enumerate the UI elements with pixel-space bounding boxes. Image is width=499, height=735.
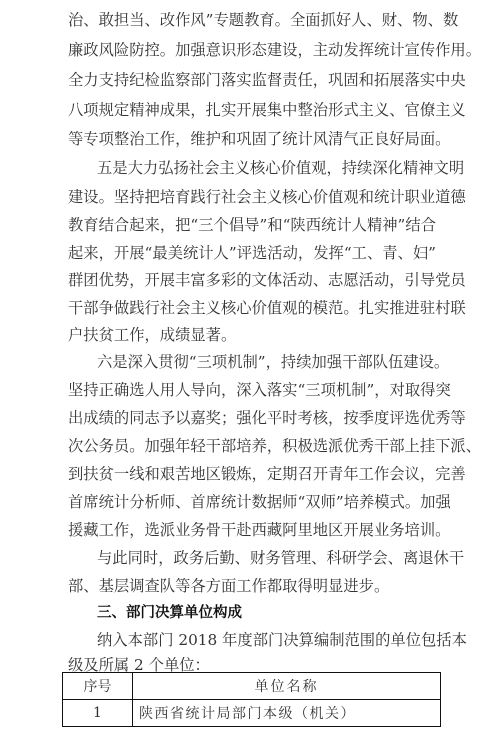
text-line: 出成绩的同志予以嘉奖；强化平时考核，按季度评选优秀等 (68, 408, 436, 428)
text-line: 等专项整治工作，维护和巩固了统计风清气正良好局面。 (68, 129, 436, 149)
header-serial-number: 序号 (63, 673, 133, 700)
cell-unit-name: 陕西省统计局部门本级（机关） (133, 700, 441, 727)
cell-serial-number: 1 (63, 700, 133, 727)
text-line: 教育结合起来，把“三个倡导”和“陕西统计人精神”结合 (68, 215, 436, 235)
header-unit-name: 单位名称 (133, 673, 441, 700)
text-line: 到扶贫一线和艰苦地区锻炼，定期召开青年工作会议，完善 (68, 464, 436, 484)
text-line: 群团优势，开展丰富多彩的文体活动、志愿活动，引导党员 (68, 270, 436, 290)
text-line: 部、基层调查队等各方面工作都取得明显进步。 (68, 576, 436, 596)
paragraph-first-line: 纳入本部门 2018 年度部门决算编制范围的单位包括本 (68, 630, 436, 650)
text-line: 全力支持纪检监察部门落实监督责任，巩固和拓展落实中央 (68, 70, 436, 90)
paragraph-first-line: 六是深入贯彻“三项机制”，持续加强干部队伍建设。 (68, 352, 436, 372)
text-line: 首席统计分析师、首席统计数据师“双师”培养模式。加强 (68, 492, 436, 512)
table-header-row: 序号 单位名称 (63, 673, 441, 700)
text-line: 援藏工作，选派业务骨干赴西藏阿里地区开展业务培训。 (68, 520, 436, 540)
text-line: 建设。坚持把培育践行社会主义核心价值观和统计职业道德 (68, 187, 436, 207)
text-line: 八项规定精神成果，扎实开展集中整治形式主义、官僚主义 (68, 100, 436, 120)
text-line: 起来，开展“最美统计人”评选活动，发挥“工、青、妇” (68, 243, 436, 263)
text-line: 治、敢担当、改作风”专题教育。全面抓好人、财、物、数 (68, 10, 436, 30)
text-line: 次公务员。加强年轻干部培养，积极选派优秀干部上挂下派、 (68, 436, 436, 456)
text-line: 户扶贫工作，成绩显著。 (68, 325, 436, 345)
text-line: 坚持正确选人用人导向，深入落实“三项机制”，对取得突 (68, 380, 436, 400)
paragraph-first-line: 与此同时，政务后勤、财务管理、科研学会、离退休干 (68, 548, 436, 568)
text-line: 廉政风险防控。加强意识形态建设，主动发挥统计宣传作用。 (68, 40, 436, 60)
section-heading: 三、部门决算单位构成 (97, 603, 242, 623)
text-line: 干部争做践行社会主义核心价值观的模范。扎实推进驻村联 (68, 298, 436, 318)
units-table: 序号 单位名称 1 陕西省统计局部门本级（机关） (62, 672, 441, 727)
table-row: 1 陕西省统计局部门本级（机关） (63, 700, 441, 727)
paragraph-first-line: 五是大力弘扬社会主义核心价值观，持续深化精神文明 (68, 158, 436, 178)
